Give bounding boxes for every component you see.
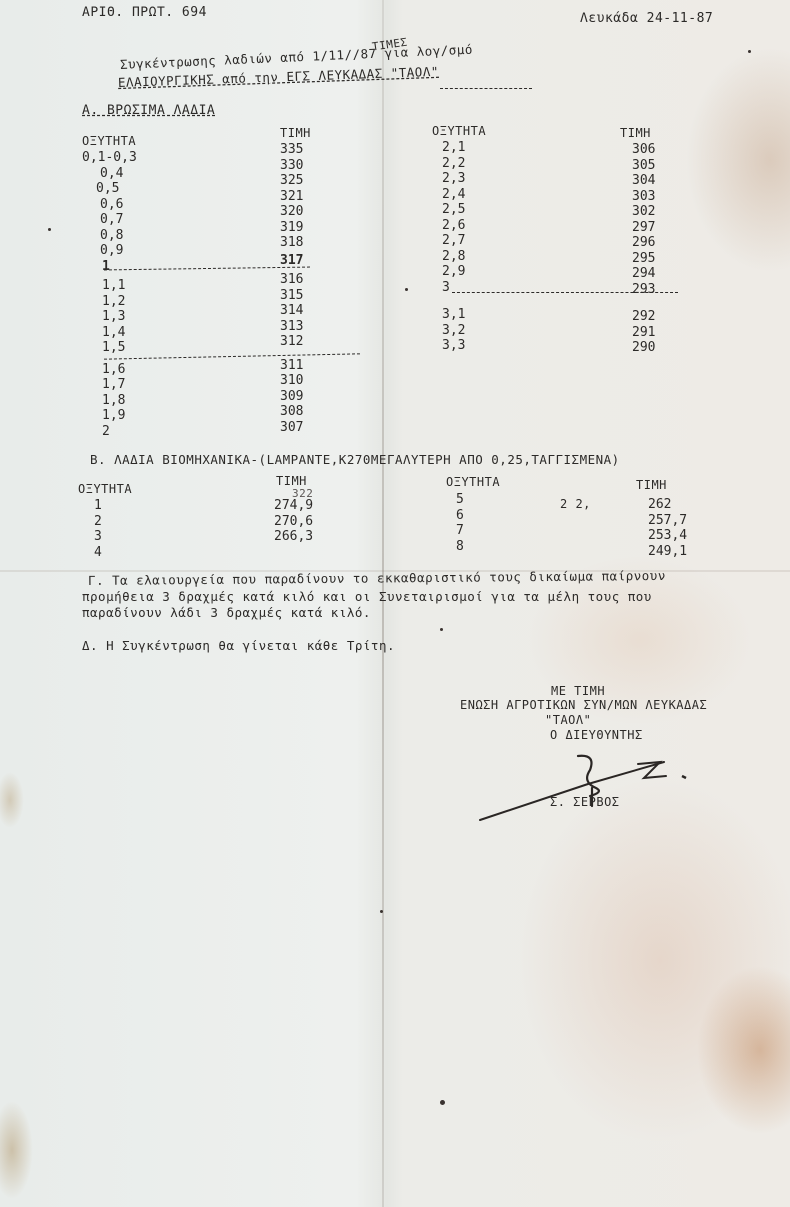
acidity-cell: 2,9 (442, 264, 465, 280)
price-cell: 318 (280, 235, 303, 251)
price-cell: 312 (280, 334, 303, 350)
price-cell: 257,7 (648, 513, 687, 529)
divider-acidity-3 (452, 292, 678, 293)
acidity-cell: 1 (94, 498, 102, 514)
price-cell: 307 (280, 420, 303, 436)
price-cell: 274,9 (274, 498, 313, 514)
price-cell: 335 (280, 142, 303, 158)
signature-greeting: ΜΕ ΤΙΜΗ (551, 684, 605, 698)
price-cell: 249,1 (648, 544, 687, 560)
price-cell: 311 (280, 358, 303, 374)
section-a-left-price-column: 335 330 325 321 320 319 318 317 316 315 … (280, 142, 303, 435)
section-b-right-price-column: 262 257,7 253,4 249,1 (648, 497, 687, 559)
acidity-cell: 0,5 (82, 181, 137, 197)
acidity-cell: 1,1 (82, 278, 137, 294)
signature-organization: ΕΝΩΣΗ ΑΓΡΟΤΙΚΩΝ ΣΥΝ/ΜΩΝ ΛΕΥΚΑΔΑΣ (460, 698, 707, 712)
acidity-cell: 3,3 (442, 338, 465, 354)
price-cell: 270,6 (274, 514, 313, 530)
acidity-cell: 1,7 (82, 377, 137, 393)
acidity-cell: 2,3 (442, 171, 465, 187)
acidity-cell: 0,6 (82, 197, 137, 213)
acidity-cell: 0,8 (82, 228, 137, 244)
price-cell: 309 (280, 389, 303, 405)
price-cell: 320 (280, 204, 303, 220)
acidity-cell: 2,2 (442, 156, 465, 172)
acidity-cell: 4 (94, 545, 102, 561)
signature-scribble-icon (478, 748, 698, 828)
acidity-cell: 2,1 (442, 140, 465, 156)
title-underline (440, 88, 532, 89)
acidity-cell: 3 (94, 529, 102, 545)
acidity-cell: 1,8 (82, 393, 137, 409)
acidity-cell: 0,9 (82, 243, 137, 259)
section-b-right-acidity-header: ΟΞΥΤΗΤΑ (446, 475, 500, 489)
price-cell: 313 (280, 319, 303, 335)
acidity-cell: 8 (456, 539, 464, 555)
acidity-cell: 1,5 (82, 340, 137, 356)
price-cell: 310 (280, 373, 303, 389)
acidity-cell: 0,1-0,3 (82, 150, 137, 166)
price-cell: 306 (632, 142, 655, 158)
acidity-cell: 3,1 (442, 307, 465, 323)
price-cell: 303 (632, 189, 655, 205)
price-cell: 319 (280, 220, 303, 236)
acidity-cell: 0,4 (82, 166, 137, 182)
price-cell: 321 (280, 189, 303, 205)
price-cell: 330 (280, 158, 303, 174)
signatory-name: Σ. ΣΕΡΒΟΣ (550, 795, 620, 809)
price-cell: 294 (632, 266, 655, 282)
ink-speck (48, 228, 51, 231)
price-cell: 290 (632, 340, 655, 356)
section-a-right-price-column: 306 305 304 303 302 297 296 295 294 293 … (632, 142, 655, 356)
acidity-cell: 6 (456, 508, 464, 524)
section-b-left-price-column: 274,9 270,6 266,3 (274, 498, 313, 545)
section-c-line-2: προμήθεια 3 δραχμές κατά κιλό και οι Συν… (82, 589, 652, 604)
price-cell: 292 (632, 309, 655, 325)
price-cell: 302 (632, 204, 655, 220)
acidity-cell: 1,2 (82, 294, 137, 310)
acidity-cell: 2,6 (442, 218, 465, 234)
price-cell: 304 (632, 173, 655, 189)
section-a-left-acidity-column: 0,1-0,3 0,4 0,5 0,6 0,7 0,8 0,9 1 1,1 1,… (82, 150, 137, 439)
section-d-line-1: Δ. Η Συγκέντρωση θα γίνεται κάθε Τρίτη. (82, 638, 395, 653)
section-b-left-acidity-header: ΟΞΥΤΗΤΑ (78, 482, 132, 496)
place-date: Λευκάδα 24-11-87 (580, 11, 713, 26)
acidity-cell: 0,7 (82, 212, 137, 228)
acidity-cell: 2,5 (442, 202, 465, 218)
signature-role: Ο ΔΙΕΥΘΥΝΤΗΣ (550, 728, 643, 742)
price-cell: 325 (280, 173, 303, 189)
handwritten-signature (478, 748, 698, 832)
stray-mark: 2 2, (560, 497, 591, 511)
price-cell: 314 (280, 303, 303, 319)
price-cell: 315 (280, 288, 303, 304)
section-b-right-price-header: ΤΙΜΗ (636, 478, 667, 492)
acidity-cell: 1 (82, 259, 137, 275)
price-cell: 253,4 (648, 528, 687, 544)
acidity-cell: 7 (456, 523, 464, 539)
ink-speck (405, 288, 408, 291)
acidity-cell: 1,3 (82, 309, 137, 325)
acidity-cell: 1,4 (82, 325, 137, 341)
price-cell: 295 (632, 251, 655, 267)
signature-organization-short: "ΤΑΟΛ" (545, 713, 591, 727)
section-c-line-3: παραδίνουν λάδι 3 δραχμές κατά κιλό. (82, 605, 371, 620)
acidity-cell: 1,6 (82, 362, 137, 378)
price-cell: 317 (280, 253, 303, 269)
section-a-right-price-header: ΤΙΜΗ (620, 126, 651, 140)
acidity-cell: 2,4 (442, 187, 465, 203)
price-cell: 308 (280, 404, 303, 420)
price-cell: 305 (632, 158, 655, 174)
price-cell: 316 (280, 272, 303, 288)
acidity-cell: 3,2 (442, 323, 465, 339)
section-b-heading: Β. ΛΑΔΙΑ ΒΙΟΜΗΧΑΝΙΚΑ-(LAMPANTE,K270ΜΕΓΑΛ… (90, 452, 620, 467)
acidity-cell: 2 (82, 424, 137, 440)
acidity-cell: 1,9 (82, 408, 137, 424)
price-cell: 297 (632, 220, 655, 236)
ink-speck (440, 628, 443, 631)
acidity-cell: 2,8 (442, 249, 465, 265)
section-a-right-acidity-column: 2,1 2,2 2,3 2,4 2,5 2,6 2,7 2,8 2,9 3 3,… (442, 140, 465, 354)
section-a-left-acidity-header: ΟΞΥΤΗΤΑ (82, 134, 136, 148)
section-a-left-price-header: ΤΙΜΗ (280, 126, 311, 140)
section-b-right-acidity-column: 5 6 7 8 (456, 492, 464, 554)
price-cell: 266,3 (274, 529, 313, 545)
ink-speck (380, 910, 383, 913)
price-cell: 291 (632, 325, 655, 341)
price-cell: 293 (632, 282, 655, 298)
acidity-cell: 2 (94, 514, 102, 530)
section-b-left-acidity-column: 1 2 3 4 (94, 498, 102, 560)
ink-speck (748, 50, 751, 53)
acidity-cell: 2,7 (442, 233, 465, 249)
price-cell: 262 (648, 497, 687, 513)
ink-speck (440, 1100, 445, 1105)
section-b-left-price-header: ΤΙΜΗ (276, 474, 307, 488)
protocol-number: ΑΡΙΘ. ΠΡΩΤ. 694 (82, 5, 207, 20)
section-a-heading: Α. ΒΡΩΣΙΜΑ ΛΑΔΙΑ (82, 103, 215, 118)
acidity-cell: 5 (456, 492, 464, 508)
section-a-right-acidity-header: ΟΞΥΤΗΤΑ (432, 124, 486, 138)
price-cell: 296 (632, 235, 655, 251)
